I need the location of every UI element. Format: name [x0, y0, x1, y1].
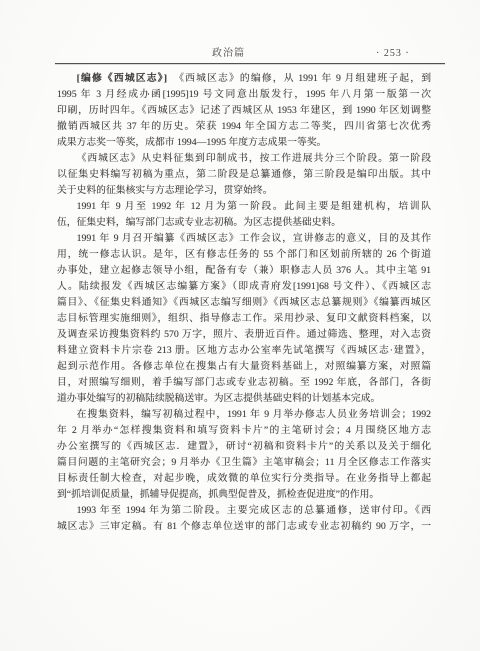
text-run: 及调查采访搜集资料约 570 万字，照片、表册近百件。通过筛选、整理，对入志资 [57, 329, 431, 340]
text-line: 撤销西城区共 37 年的历史。荣获 1994 年全国方志二等奖，四川省第七次优秀 [57, 119, 431, 135]
text-line: 道办事处编写的初稿陆续脱稿送审。为区志提供基础史料的计划基本完成。 [57, 391, 431, 407]
text-run: 办事处，建立起修志领导小组，配备有专（兼）职修志人员 376 人。其中主笔 91 [57, 265, 431, 276]
text-line: 办公室撰写的《西城区志．建置》，研讨“初稿和资料卡片”的关系以及关于细化 [57, 439, 431, 455]
text-run: 《西城区志》从史料征集到印制成书，按工作进展共分三个阶段。第一阶段 [77, 153, 431, 164]
text-line: 人。陆续报发《西城区志编纂方案》（即成青府发[1991]68 号文件）、《西城区… [57, 279, 431, 295]
text-run: 年 2 月举办“怎样搜集资料和填写资料卡片”的主笔研讨会；4 月围绕区地方志 [57, 425, 431, 436]
text-run: 撤销西城区共 37 年的历史。荣获 1994 年全国方志二等奖，四川省第七次优秀 [57, 121, 431, 132]
text-line: 城区志》三审定稿。有 81 个修志单位送审的部门志或专业志初稿约 90 万字，一 [57, 519, 431, 535]
text-line: 《西城区志》从史料征集到印制成书，按工作进展共分三个阶段。第一阶段 [57, 151, 431, 167]
text-line: 1991 年 9 月至 1992 年 12 月为第一阶段。此间主要是组建机构，培… [57, 199, 431, 215]
text-run: 印刷，历时四年。《西城区志》记述了西城区从 1953 年建区，到 1990 年区… [57, 105, 431, 116]
text-run: 用，统一修志认识。是年，区有修志任务的 55 个部门和区划前所辖的 26 个街道 [57, 249, 431, 260]
text-line: 起到示范作用。各修志单位在搜集占有大量资料基础上，对照编纂方案，对照篇 [57, 359, 431, 375]
text-run: 料建立资料卡片宗卷 213 册。区地方志办公室率先试笔撰写《西城区志·建置》， [57, 345, 431, 356]
text-run: 道办事处编写的初稿陆续脱稿送审。为区志提供基础史料的计划基本完成。 [57, 393, 380, 404]
text-line: 1995 年 3 月经成办函[1995]19 号文同意出版发行，1995 年八月… [57, 87, 431, 103]
text-line: 在搜集资料，编写初稿过程中，1991 年 9 月举办修志人员业务培训会；1992 [57, 407, 431, 423]
text-run: 1991 年 9 月召开编纂《西城区志》工作会议，宣讲修志的意义，目的及其作 [77, 233, 431, 244]
text-line: 成果方志奖一等奖，成都市 1994—1995 年度方志成果一等奖。 [57, 135, 431, 151]
text-line: [编修《西城区志》] 《西城区志》的编修，从 1991 年 9 月组建班子起，到 [57, 71, 431, 87]
text-line: 篇目问题的主笔研究会；9 月举办《卫生篇》主笔审稿会；11 月全区修志工作落实 [57, 455, 431, 471]
text-run: 人。陆续报发《西城区志编纂方案》（即成青府发[1991]68 号文件）、《西城区… [57, 281, 431, 292]
text-line: 用，统一修志认识。是年，区有修志任务的 55 个部门和区划前所辖的 26 个街道 [57, 247, 431, 263]
text-line: 料建立资料卡片宗卷 213 册。区地方志办公室率先试笔撰写《西城区志·建置》， [57, 343, 431, 359]
text-run: 以征集史料编写初稿为重点，第二阶段是总纂通修，第三阶段是编印出版。其中 [57, 169, 431, 180]
text-run: 城区志》三审定稿。有 81 个修志单位送审的部门志或专业志初稿约 90 万字，一 [57, 521, 431, 532]
text-run: 办公室撰写的《西城区志．建置》，研讨“初稿和资料卡片”的关系以及关于细化 [57, 441, 431, 452]
text-run: 关于史料的征集核实与方志理论学习，贯穿始终。 [57, 185, 273, 196]
page-number: · 253 · [376, 46, 410, 61]
text-run: 志目标管理实施细则》，组织、指导修志工作。采用抄录、复印文献资料档案，以 [57, 313, 431, 324]
text-run: 起到示范作用。各修志单位在搜集占有大量资料基础上，对照编纂方案，对照篇 [57, 361, 431, 372]
text-run: 到“抓培训促质量，抓辅导促提高，抓典型促普及，抓检查促进度”的作用。 [57, 489, 379, 500]
text-line: 到“抓培训促质量，抓辅导促提高，抓典型促普及，抓检查促进度”的作用。 [57, 487, 431, 503]
text-run: 1995 年 3 月经成办函[1995]19 号文同意出版发行，1995 年八月… [57, 89, 431, 100]
text-run: 篇目》、《征集史料通知》《西城区志编写细则》《西城区志总纂规则》《编纂西城区 [57, 297, 431, 308]
text-line: 目标责任制大检查，对起步晚，成效微的单位实行分类指导。在业务指导上都起 [57, 471, 431, 487]
text-line: 篇目》、《征集史料通知》《西城区志编写细则》《西城区志总纂规则》《编纂西城区 [57, 295, 431, 311]
text-run: 成果方志奖一等奖，成都市 1994—1995 年度方志成果一等奖。 [57, 137, 326, 148]
text-line: 以征集史料编写初稿为重点，第二阶段是总纂通修，第三阶段是编印出版。其中 [57, 167, 431, 183]
page-header: 政治篇 · 253 · [0, 46, 480, 61]
text-line: 志目标管理实施细则》，组织、指导修志工作。采用抄录、复印文献资料档案，以 [57, 311, 431, 327]
body-text: [编修《西城区志》] 《西城区志》的编修，从 1991 年 9 月组建班子起，到… [57, 71, 431, 535]
scanned-book-page: 政治篇 · 253 · [编修《西城区志》] 《西城区志》的编修，从 1991 … [0, 0, 480, 651]
entry-title: [编修《西城区志》] [77, 73, 167, 84]
text-run: 《西城区志》的编修，从 1991 年 9 月组建班子起，到 [167, 73, 431, 84]
text-run: 1991 年 9 月至 1992 年 12 月为第一阶段。此间主要是组建机构，培… [77, 201, 431, 212]
text-run: 伍，征集史料，编写部门志或专业志初稿。为区志提供基础史料。 [57, 217, 341, 228]
text-line: 1993 年至 1994 年为第二阶段。主要完成区志的总纂通修，送审付印。《西 [57, 503, 431, 519]
text-line: 目，对照编写细则，着手编写部门志或专业志初稿。至 1992 年底，各部门，各街 [57, 375, 431, 391]
header-rule [55, 63, 445, 64]
text-line: 及调查采访搜集资料约 570 万字，照片、表册近百件。通过筛选、整理，对入志资 [57, 327, 431, 343]
text-run: 目，对照编写细则，着手编写部门志或专业志初稿。至 1992 年底，各部门，各街 [57, 377, 431, 388]
text-line: 伍，征集史料，编写部门志或专业志初稿。为区志提供基础史料。 [57, 215, 431, 231]
text-run: 在搜集资料，编写初稿过程中，1991 年 9 月举办修志人员业务培训会；1992 [77, 409, 431, 420]
text-run: 篇目问题的主笔研究会；9 月举办《卫生篇》主笔审稿会；11 月全区修志工作落实 [57, 457, 431, 468]
text-run: 目标责任制大检查，对起步晚，成效微的单位实行分类指导。在业务指导上都起 [57, 473, 431, 484]
section-title: 政治篇 [212, 46, 245, 61]
text-line: 关于史料的征集核实与方志理论学习，贯穿始终。 [57, 183, 431, 199]
text-line: 年 2 月举办“怎样搜集资料和填写资料卡片”的主笔研讨会；4 月围绕区地方志 [57, 423, 431, 439]
text-line: 办事处，建立起修志领导小组，配备有专（兼）职修志人员 376 人。其中主笔 91 [57, 263, 431, 279]
text-line: 1991 年 9 月召开编纂《西城区志》工作会议，宣讲修志的意义，目的及其作 [57, 231, 431, 247]
text-line: 印刷，历时四年。《西城区志》记述了西城区从 1953 年建区，到 1990 年区… [57, 103, 431, 119]
text-run: 1993 年至 1994 年为第二阶段。主要完成区志的总纂通修，送审付印。《西 [77, 505, 431, 516]
